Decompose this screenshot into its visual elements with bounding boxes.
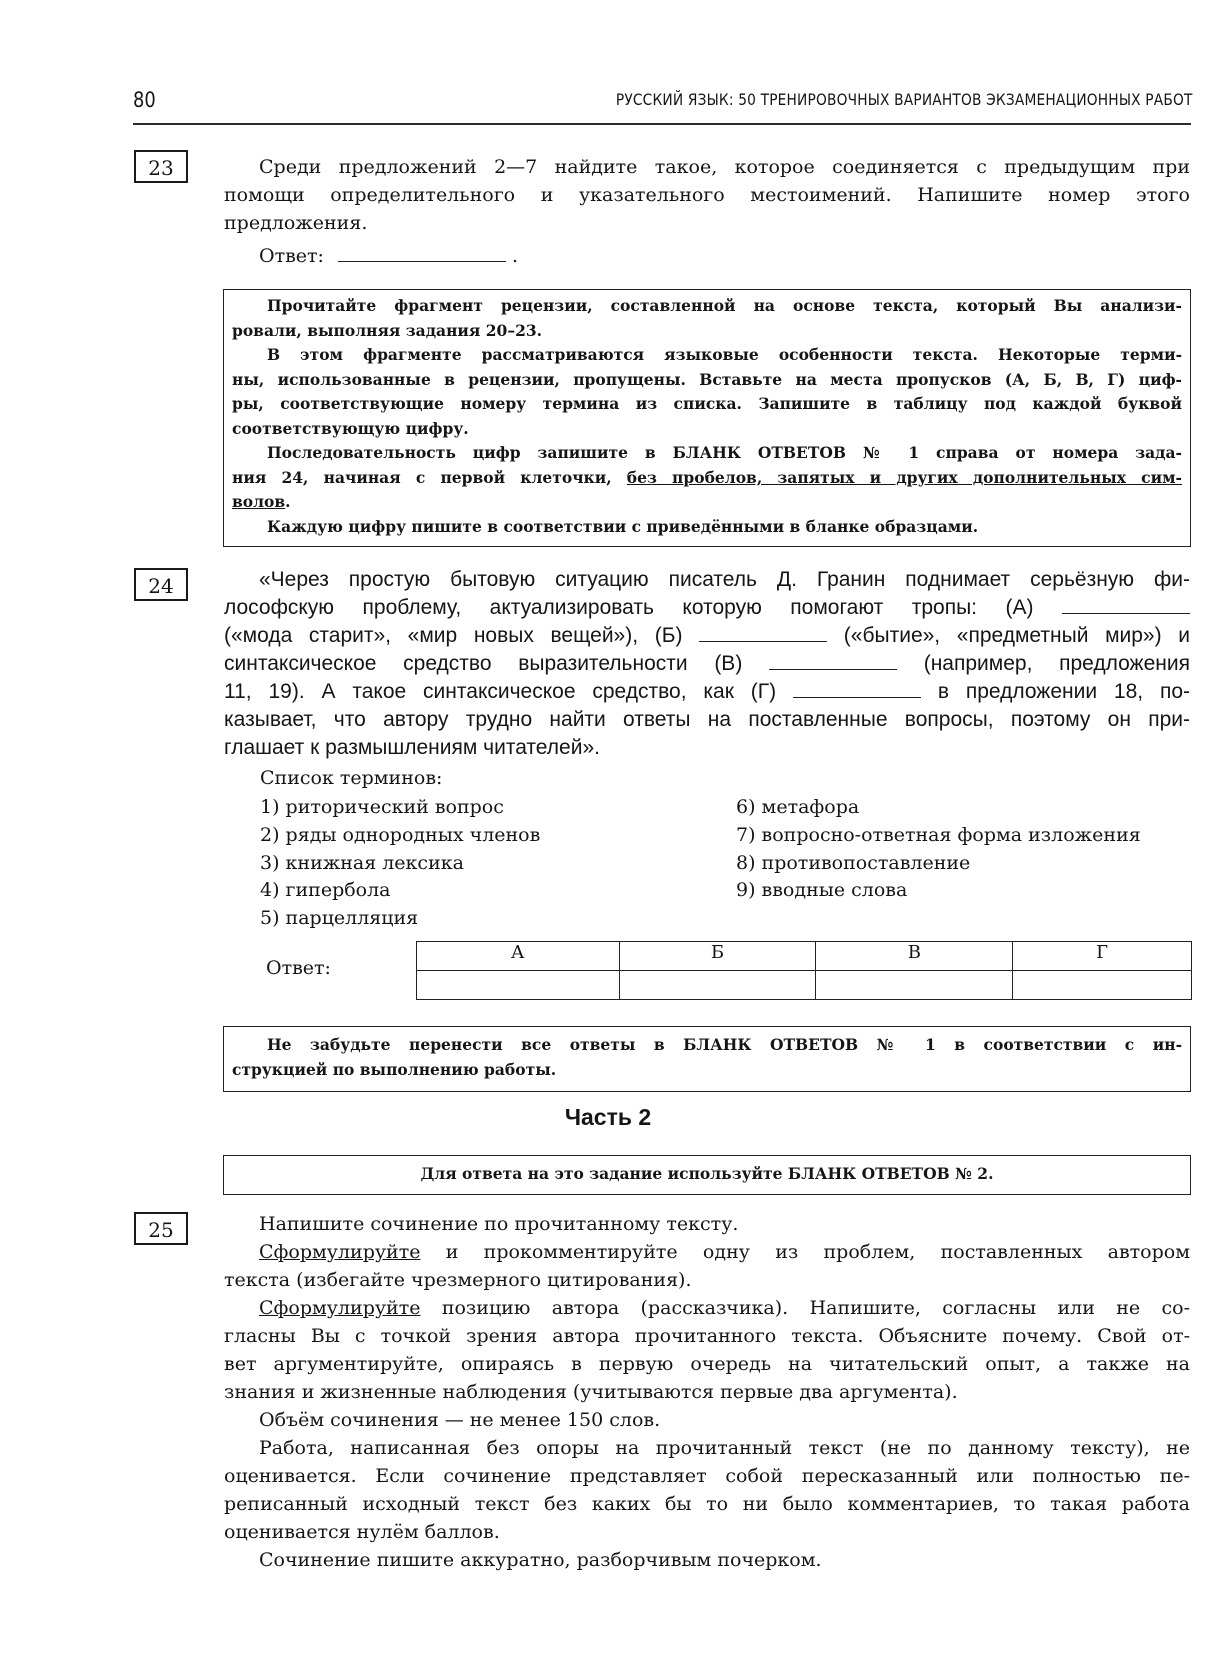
task25-line: знания и жизненные наблюдения (учитывают… bbox=[224, 1378, 1190, 1406]
instruction-line: ры, соответствующие номеру термина из сп… bbox=[232, 392, 1182, 417]
instruction-line: соответствующую цифру. bbox=[232, 417, 1182, 442]
review-line: синтаксическое средство выразительности … bbox=[224, 650, 1190, 678]
instruction-line-8: ния 24, начиная с первой клеточки, без п… bbox=[232, 466, 1182, 491]
task-number-25: 25 bbox=[134, 1212, 188, 1245]
review-line: 11, 19). А такое синтаксическое средство… bbox=[224, 678, 1190, 706]
task24-review-text: «Через простую бытовую ситуацию писатель… bbox=[224, 566, 1190, 762]
answer-column-header: Г bbox=[1013, 942, 1192, 971]
instruction-line: Последовательность цифр запишите в БЛАНК… bbox=[232, 441, 1182, 466]
review-line: казывает, что автору трудно найти ответы… bbox=[224, 706, 1190, 734]
answer-cell-A[interactable] bbox=[417, 971, 620, 1000]
task25-line: реписанный исходный текст без каких бы т… bbox=[224, 1490, 1190, 1518]
part2-instruction-text: Для ответа на это задание используйте БЛ… bbox=[420, 1164, 993, 1183]
review-text: в предложении 18, по- bbox=[938, 680, 1190, 703]
instruction-text: ния 24, начиная с первой клеточки, bbox=[232, 468, 627, 487]
task23-answer-end: . bbox=[512, 245, 518, 267]
instruction-line: ны, использованные в рецензии, пропущены… bbox=[232, 368, 1182, 393]
part-2-heading: Часть 2 bbox=[0, 1104, 1216, 1131]
term-item: 2) ряды однородных членов bbox=[260, 822, 540, 850]
review-text: лософскую проблему, актуализировать кото… bbox=[224, 596, 1034, 619]
blank-G bbox=[793, 679, 921, 698]
reminder-box: Не забудьте перенести все ответы в БЛАНК… bbox=[223, 1026, 1191, 1092]
instruction-line: Каждую цифру пишите в соответствии с при… bbox=[232, 515, 1182, 540]
review-text: синтаксическое средство выразительности … bbox=[224, 652, 742, 675]
task23-line: предложения. bbox=[224, 209, 1190, 237]
task25-line: Сформулируйте и прокомментируйте одну из… bbox=[224, 1238, 1190, 1266]
task23-answer-field[interactable] bbox=[338, 243, 506, 262]
term-item: 1) риторический вопрос bbox=[260, 794, 540, 822]
task-number-23: 23 bbox=[134, 150, 188, 183]
answer-cell-B[interactable] bbox=[619, 971, 816, 1000]
instruction-line: ровали, выполняя задания 20–23. bbox=[232, 319, 1182, 344]
task25-text: Напишите сочинение по прочитанному текст… bbox=[224, 1210, 1190, 1574]
exam-page: 80 РУССКИЙ ЯЗЫК: 50 ТРЕНИРОВОЧНЫХ ВАРИАН… bbox=[0, 0, 1216, 1654]
answer-cell-V[interactable] bbox=[816, 971, 1013, 1000]
review-line: лософскую проблему, актуализировать кото… bbox=[224, 594, 1190, 622]
task23-answer-row: Ответ: . bbox=[259, 242, 1216, 270]
instruction-text: . bbox=[285, 492, 290, 511]
review-text: («бытие», «предметный мир») и bbox=[844, 624, 1190, 647]
term-item: 6) метафора bbox=[736, 794, 1141, 822]
instruction-box: Прочитайте фрагмент рецензии, составленн… bbox=[223, 289, 1191, 547]
instruction-line: В этом фрагменте рассматриваются языковы… bbox=[232, 343, 1182, 368]
term-item: 3) книжная лексика bbox=[260, 850, 540, 878]
task25-line: Объём сочинения — не менее 150 слов. bbox=[224, 1406, 1190, 1434]
task24-answer-table: А Б В Г bbox=[416, 941, 1192, 1000]
task25-line: вет аргументируйте, опираясь в первую оч… bbox=[224, 1350, 1190, 1378]
task25-line: оценивается нулём баллов. bbox=[224, 1518, 1190, 1546]
task25-line: Работа, написанная без опоры на прочитан… bbox=[224, 1434, 1190, 1462]
term-item: 7) вопросно-ответная форма изложения bbox=[736, 822, 1141, 850]
blank-B bbox=[699, 623, 827, 642]
task23-line: Среди предложений 2—7 найдите такое, кот… bbox=[224, 153, 1190, 181]
page-number: 80 bbox=[133, 88, 156, 112]
task25-line: Сочинение пишите аккуратно, разборчивым … bbox=[224, 1546, 1190, 1574]
task25-underlined-text: Сформулируйте bbox=[259, 1241, 420, 1263]
terms-list-right: 6) метафора 7) вопросно-ответная форма и… bbox=[736, 794, 1141, 905]
term-item: 8) противопоставление bbox=[736, 850, 1141, 878]
part2-instruction-box: Для ответа на это задание используйте БЛ… bbox=[223, 1155, 1191, 1195]
header-divider bbox=[133, 123, 1191, 125]
task25-line: Напишите сочинение по прочитанному текст… bbox=[224, 1210, 1190, 1238]
terms-list-title: Список терминов: bbox=[260, 767, 442, 789]
task25-line: текста (избегайте чрезмерного цитировани… bbox=[224, 1266, 1190, 1294]
reminder-line: струкцией по выполнению работы. bbox=[232, 1058, 1182, 1083]
term-item: 4) гипербола bbox=[260, 877, 540, 905]
review-text: 11, 19). А такое синтаксическое средство… bbox=[224, 680, 776, 703]
review-text: (например, предложения bbox=[924, 652, 1190, 675]
terms-list-left: 1) риторический вопрос 2) ряды однородны… bbox=[260, 794, 540, 933]
instruction-line-9: волов. bbox=[232, 490, 1182, 515]
answer-cell-G[interactable] bbox=[1013, 971, 1192, 1000]
task25-underlined-text: Сформулируйте bbox=[259, 1297, 420, 1319]
blank-A bbox=[1062, 595, 1190, 614]
task23-answer-label: Ответ: bbox=[259, 245, 324, 267]
answer-column-header: В bbox=[816, 942, 1013, 971]
task25-text: и прокомментируйте одну из проблем, пост… bbox=[420, 1241, 1190, 1263]
task25-line: гласны Вы с точкой зрения автора прочита… bbox=[224, 1322, 1190, 1350]
review-line: («мода старит», «мир новых вещей»), (Б) … bbox=[224, 622, 1190, 650]
page-header: 80 РУССКИЙ ЯЗЫК: 50 ТРЕНИРОВОЧНЫХ ВАРИАН… bbox=[133, 88, 1193, 118]
review-line: глашает к размышлениям читателей». bbox=[224, 734, 1190, 762]
running-title: РУССКИЙ ЯЗЫК: 50 ТРЕНИРОВОЧНЫХ ВАРИАНТОВ… bbox=[616, 90, 1193, 109]
term-item: 5) парцелляция bbox=[260, 905, 540, 933]
task25-line: Сформулируйте позицию автора (рассказчик… bbox=[224, 1294, 1190, 1322]
reminder-line: Не забудьте перенести все ответы в БЛАНК… bbox=[232, 1033, 1182, 1058]
task-number-24: 24 bbox=[134, 568, 188, 601]
task23-line: помощи определительного и указательного … bbox=[224, 181, 1190, 209]
task24-answer-label: Ответ: bbox=[266, 957, 331, 979]
answer-column-header: А bbox=[417, 942, 620, 971]
review-line: «Через простую бытовую ситуацию писатель… bbox=[224, 566, 1190, 594]
task25-line: оценивается. Если сочинение представляет… bbox=[224, 1462, 1190, 1490]
blank-V bbox=[769, 651, 897, 670]
instruction-line: Прочитайте фрагмент рецензии, составленн… bbox=[232, 294, 1182, 319]
task23-text: Среди предложений 2—7 найдите такое, кот… bbox=[224, 153, 1190, 237]
instruction-underlined-text: без пробелов, запятых и других дополните… bbox=[627, 468, 1182, 487]
task25-text: позицию автора (рассказчика). Напишите, … bbox=[420, 1297, 1190, 1319]
instruction-underlined-text: волов bbox=[232, 492, 285, 511]
review-text: («мода старит», «мир новых вещей»), (Б) bbox=[224, 624, 682, 647]
term-item: 9) вводные слова bbox=[736, 877, 1141, 905]
answer-column-header: Б bbox=[619, 942, 816, 971]
